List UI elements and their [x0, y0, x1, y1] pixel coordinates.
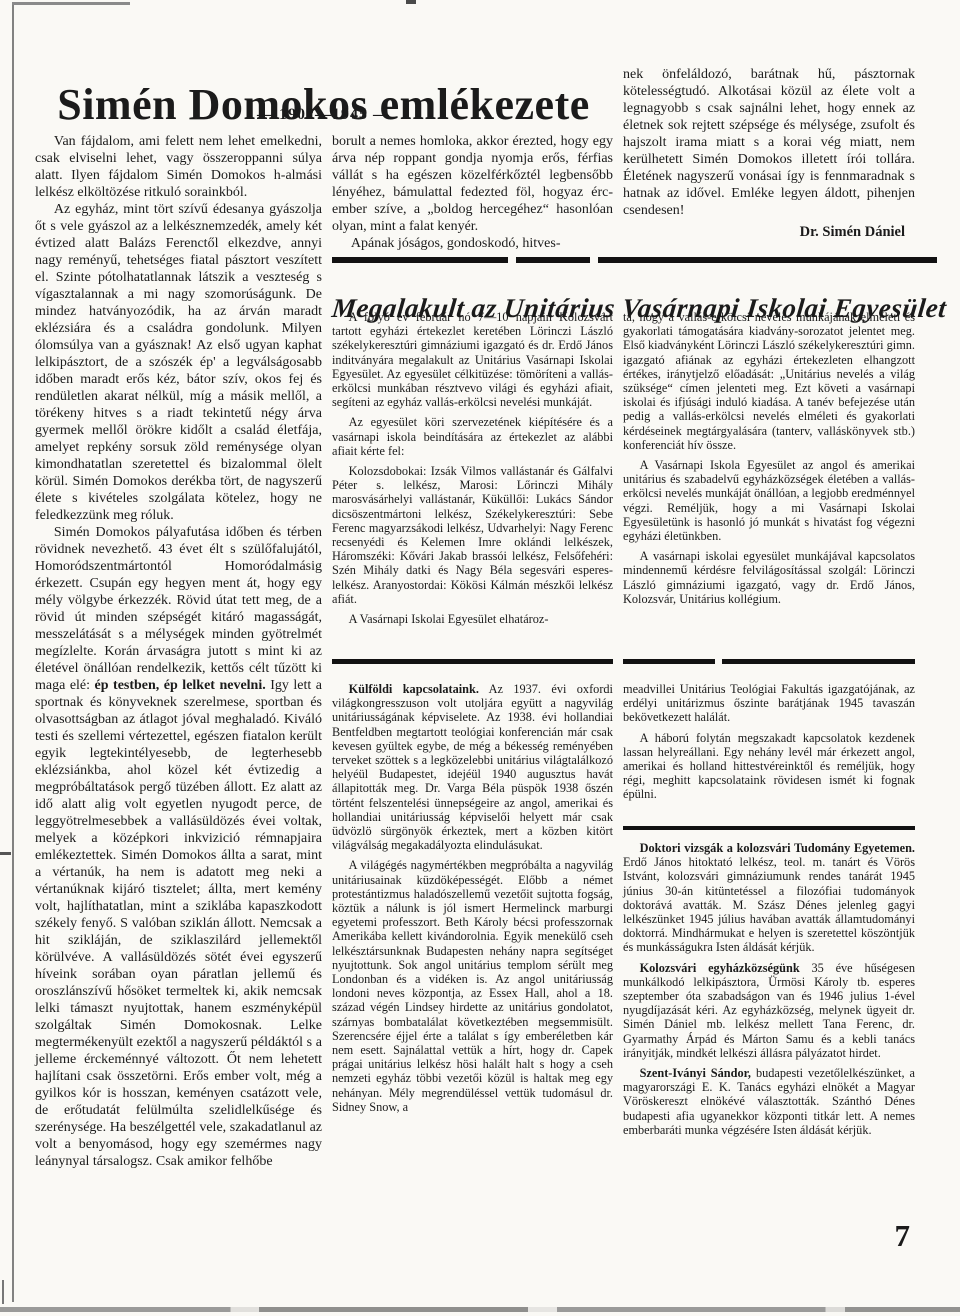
foreign-relations-section: Külföldi kapcsolataink. Az 1937. évi oxf… [332, 682, 613, 1114]
paragraph: Apának jóságos, gondoskodó, hitves- [332, 235, 613, 252]
paragraph: A vasárnapi iskolai egyesület munkájával… [623, 549, 915, 606]
magazine-page: Simén Domokos emlékezete — 1902—1945 — V… [0, 0, 960, 1316]
paragraph: Simén Domokos pályafutása időben és térb… [35, 524, 322, 1170]
paragraph: A háború folytán megszakadt kapcsolatok … [623, 731, 915, 802]
paragraph: A Vasárnapi Iskola Egyesület az angol és… [623, 458, 915, 543]
scan-artifact [406, 0, 416, 4]
paragraph: borult a nemes homloka, akkor érezted, h… [332, 133, 613, 235]
paragraph: Külföldi kapcsolataink. Az 1937. évi oxf… [332, 682, 613, 852]
paragraph: Kolozsdobokai: Izsák Vilmos vallástanár … [332, 464, 613, 606]
paragraph: Kolozsvári egyházközségünk 35 éve hűsége… [623, 961, 915, 1060]
divider [516, 257, 590, 263]
divider [722, 659, 915, 664]
divider [623, 659, 715, 664]
page-top-rule [12, 2, 130, 5]
paragraph: Van fájdalom, ami felett nem lehet emelk… [35, 133, 322, 201]
divider [623, 826, 915, 830]
paragraph: A világégés nagymértékben megpróbálta a … [332, 858, 613, 1114]
paragraph: nek önfeláldozó, barátnak hű, pásztornak… [623, 66, 915, 219]
divider [598, 257, 937, 263]
paragraph: ta, hogy a vallás-erkölcsi nevelés munká… [623, 310, 915, 452]
paragraph: Az egyház, mint tört szívű édesanya gyás… [35, 201, 322, 524]
news-right-top: meadvillei Unitárius Teológiai Fakultás … [623, 682, 915, 802]
page-bottom-edge [0, 1307, 960, 1312]
memorial-column-2: borult a nemes homloka, akkor érezted, h… [332, 133, 613, 252]
memorial-column-3: nek önfeláldozó, barátnak hű, pásztornak… [623, 66, 915, 241]
memorial-column-1: Van fájdalom, ami felett nem lehet emelk… [35, 133, 322, 1170]
news-right-bottom: Doktori vizsgák a kolozsvári Tudomány Eg… [623, 841, 915, 1137]
divider [332, 257, 508, 263]
paragraph: A folyó év február hó 7—10 napjain Koloz… [332, 310, 613, 409]
society-column-a: A folyó év február hó 7—10 napjain Koloz… [332, 310, 613, 626]
paragraph: A Vasárnapi Iskolai Egyesület elhatároz- [332, 612, 613, 626]
author-signature: Dr. Simén Dániel [623, 224, 915, 241]
paragraph: meadvillei Unitárius Teológiai Fakultás … [623, 682, 915, 725]
article-subtitle: — 1902—1945 — [35, 106, 612, 124]
paragraph: Szent-Iványi Sándor, budapesti vezetőlel… [623, 1066, 915, 1137]
memorial-column-3-text: nek önfeláldozó, barátnak hű, pásztornak… [623, 66, 915, 219]
divider [332, 659, 613, 664]
society-column-b: ta, hogy a vallás-erkölcsi nevelés munká… [623, 310, 915, 606]
paragraph: Az egyesület köri szervezetének kiépítés… [332, 415, 613, 458]
paragraph: Doktori vizsgák a kolozsvári Tudomány Eg… [623, 841, 915, 955]
scan-artifact [0, 852, 11, 855]
page-left-rule [12, 2, 14, 1302]
scan-artifact [2, 1280, 4, 1304]
page-number: 7 [820, 1218, 910, 1254]
